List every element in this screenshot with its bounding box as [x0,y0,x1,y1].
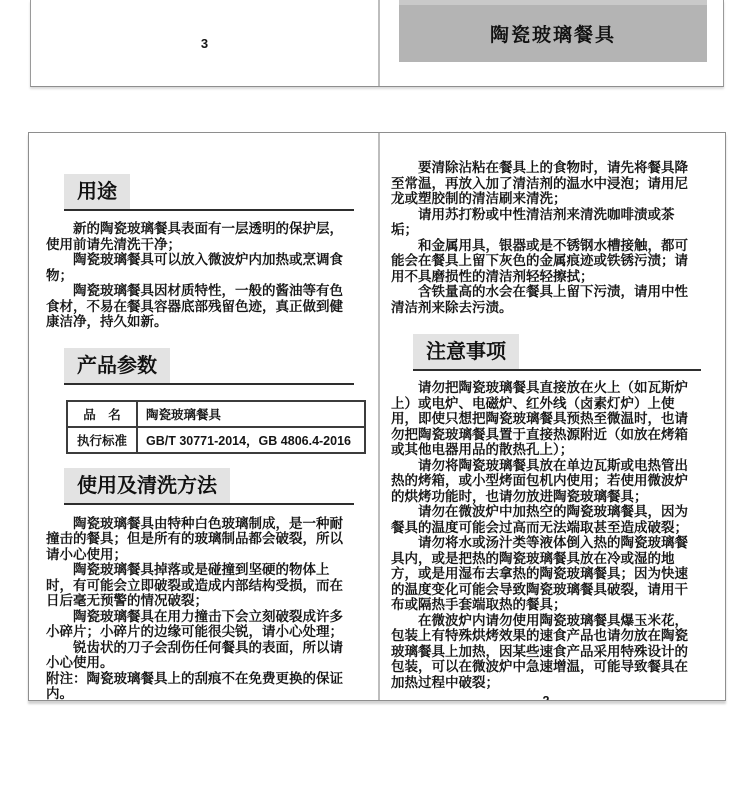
specs-value-cell: 陶瓷玻璃餐具 [137,401,365,427]
section-specs-title: 产品参数 [64,348,170,383]
section-cleaning-header: 使用及清洗方法 [64,468,354,505]
cleaning-paragraph: 陶瓷玻璃餐具掉落或是碰撞到坚硬的物体上时，有可能会立即破裂或造成内部结构受损，而… [46,562,354,609]
cleaning-note: 附注：陶瓷玻璃餐具上的刮痕不在免费更换的保证内。 [46,671,354,702]
specs-label-cell: 执行标准 [67,427,137,453]
section-cleaning-title: 使用及清洗方法 [64,468,230,503]
page-number-3: 3 [201,36,208,51]
specs-table-row: 品 名 陶瓷玻璃餐具 [67,401,365,427]
cleaning-cont-paragraph: 含铁量高的水会在餐具上留下污渍，请用中性清洁剂来除去污渍。 [391,284,701,315]
cleaning-cont-paragraph: 请用苏打粉或中性清洁剂来清洗咖啡渍或茶垢； [391,207,701,238]
specs-table: 品 名 陶瓷玻璃餐具 执行标准 GB/T 30771-2014，GB 4806.… [66,400,366,454]
notes-paragraph: 请勿将陶瓷玻璃餐具放在单边瓦斯或电热管出热的烤箱，或小型烤面包机内使用；若使用微… [391,458,701,505]
notes-paragraph: 请勿把陶瓷玻璃餐具直接放在火上（如瓦斯炉上）或电炉、电磁炉、红外线（卤素灯炉）上… [391,380,701,458]
pages-1-2-sheet: 用途 新的陶瓷玻璃餐具表面有一层透明的保护层，使用前请先清洗干净； 陶瓷玻璃餐具… [28,132,726,701]
usage-paragraph: 新的陶瓷玻璃餐具表面有一层透明的保护层，使用前请先清洗干净； [46,221,354,252]
cleaning-paragraph: 陶瓷玻璃餐具在用力撞击下会立刻破裂成许多小碎片；小碎片的边缘可能很尖锐，请小心处… [46,609,354,640]
cleaning-paragraph: 陶瓷玻璃餐具由特种白色玻璃制成，是一种耐撞击的餐具；但是所有的玻璃制品都会破裂，… [46,516,354,563]
page-2: 要清除沾粘在餐具上的食物时，请先将餐具降至常温，再放入加了清洁剂的温水中浸泡；请… [380,133,725,700]
notes-paragraph: 请勿将水或汤汁类等液体倒入热的陶瓷玻璃餐具内，或是把热的陶瓷玻璃餐具放在冷或湿的… [391,535,701,613]
page-number-2: 2 [391,694,701,701]
section-notes-title: 注意事项 [413,334,519,369]
manual-title: 陶瓷玻璃餐具 [490,20,616,47]
specs-value-cell: GB/T 30771-2014，GB 4806.4-2016 [137,427,365,453]
section-specs-header: 产品参数 [64,348,354,385]
page-3-left-half: 3 [31,0,378,86]
cleaning-paragraph: 锐齿状的刀子会刮伤任何餐具的表面，所以请小心使用。 [46,640,354,671]
page-1: 用途 新的陶瓷玻璃餐具表面有一层透明的保护层，使用前请先清洗干净； 陶瓷玻璃餐具… [29,133,378,700]
page-3-sheet: 3 陶瓷玻璃餐具 [30,0,724,87]
section-usage-header: 用途 [64,174,354,211]
usage-paragraph: 陶瓷玻璃餐具因材质特性，一般的酱油等有色食材，不易在餐具容器底部残留色迹，真正做… [46,283,354,330]
specs-table-row: 执行标准 GB/T 30771-2014，GB 4806.4-2016 [67,427,365,453]
notes-paragraph: 在微波炉内请勿使用陶瓷玻璃餐具爆玉米花，包装上有特殊烘烤效果的速食产品也请勿放在… [391,613,701,691]
specs-label-cell: 品 名 [67,401,137,427]
cleaning-cont-paragraph: 要清除沾粘在餐具上的食物时，请先将餐具降至常温，再放入加了清洁剂的温水中浸泡；请… [391,160,701,207]
notes-paragraph: 请勿在微波炉中加热空的陶瓷玻璃餐具，因为餐具的温度可能会过高而无法端取甚至造成破… [391,504,701,535]
section-notes-header: 注意事项 [413,334,701,371]
cleaning-cont-paragraph: 和金属用具，银器或是不锈钢水槽接触，都可能会在餐具上留下灰色的金属痕迹或铁锈污渍… [391,238,701,285]
section-usage-title: 用途 [64,174,130,209]
page-fold-divider-top [378,0,380,86]
manual-title-bar: 陶瓷玻璃餐具 [399,0,707,62]
usage-paragraph: 陶瓷玻璃餐具可以放入微波炉内加热或烹调食物； [46,252,354,283]
manual-scan: 3 陶瓷玻璃餐具 用途 新的陶瓷玻璃餐具表面有一层透明的保护层，使用前请先清洗干… [0,0,750,796]
